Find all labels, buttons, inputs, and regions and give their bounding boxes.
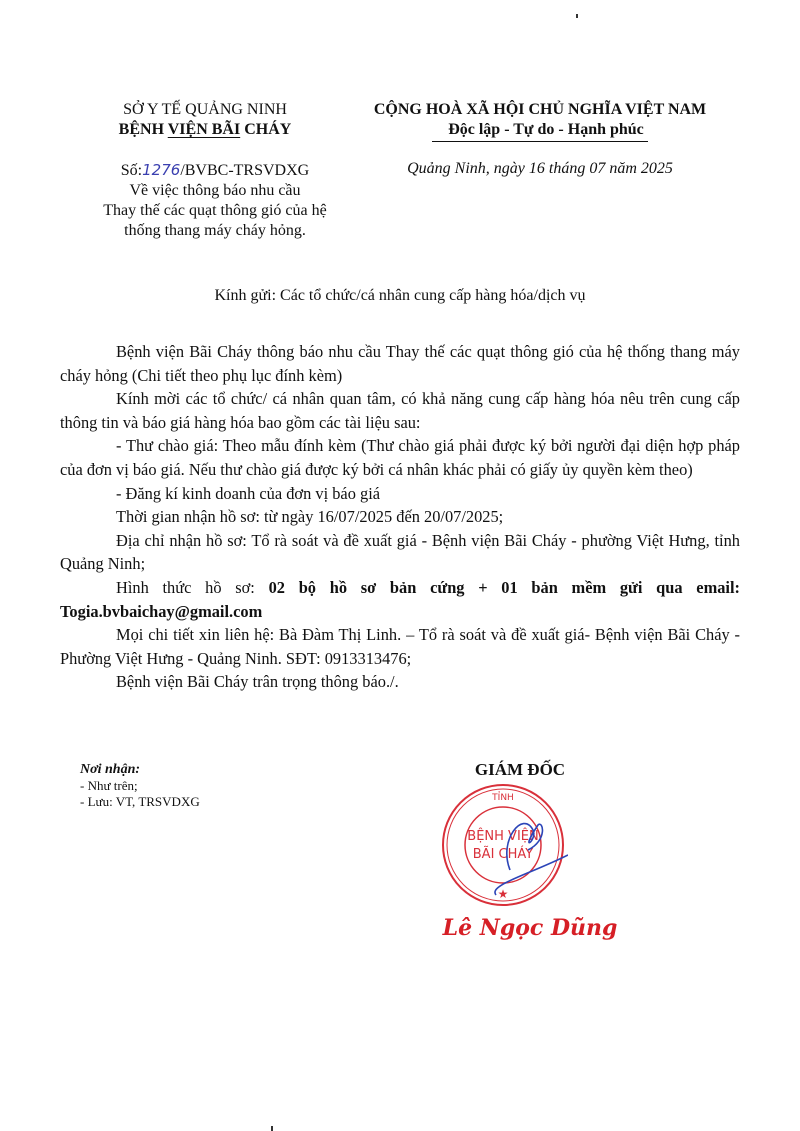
scan-speck	[576, 14, 578, 18]
subject-line: Về việc thông báo nhu cầu	[70, 181, 360, 201]
format-label: Hình thức hồ sơ:	[116, 578, 269, 597]
paragraph-notice: Bệnh viện Bãi Cháy thông báo nhu cầu Tha…	[60, 340, 740, 387]
document-body: Bệnh viện Bãi Cháy thông báo nhu cầu Tha…	[60, 340, 740, 694]
subject-line: Thay thế các quạt thông gió của hệ	[70, 201, 360, 221]
nation-title: CỘNG HOÀ XÃ HỘI CHỦ NGHĨA VIỆT NAM	[340, 100, 740, 120]
hospital-name: BỆNH VIỆN BÃI CHÁY	[80, 120, 330, 140]
reference-prefix: Số:	[121, 162, 142, 179]
paragraph-contact: Mọi chi tiết xin liên hệ: Bà Đàm Thị Lin…	[60, 623, 740, 670]
handwritten-number: 1276	[142, 161, 180, 179]
stamp-line-1: BỆNH VIỆN	[467, 828, 538, 844]
hospital-name-part: BỆNH	[119, 121, 168, 138]
official-stamp: TỈNH BỆNH VIỆN BÃI CHÁY ★	[438, 780, 568, 910]
svg-text:★: ★	[498, 887, 509, 901]
reference-code: /BVBC-TRSVDXG	[180, 162, 309, 179]
signer-name: Lê Ngọc Dũng	[440, 915, 620, 941]
national-header: CỘNG HOÀ XÃ HỘI CHỦ NGHĨA VIỆT NAM Độc l…	[340, 100, 740, 142]
paragraph-business-registration: - Đăng kí kinh doanh của đơn vị báo giá	[60, 482, 740, 506]
document-reference: Số:1276/BVBC-TRSVDXG Về việc thông báo n…	[70, 160, 360, 241]
paragraph-closing: Bệnh viện Bãi Cháy trân trọng thông báo.…	[60, 670, 740, 694]
paragraph-submission-format: Hình thức hồ sơ: 02 bộ hồ sơ bản cứng + …	[60, 576, 740, 623]
issuing-agency-header: SỞ Y TẾ QUẢNG NINH BỆNH VIỆN BÃI CHÁY	[80, 100, 330, 140]
signature-title: GIÁM ĐỐC	[440, 760, 600, 780]
hospital-name-underlined: VIỆN BÃI	[168, 121, 240, 138]
stamp-line-2: BÃI CHÁY	[473, 846, 534, 862]
subject-line: thống thang máy cháy hỏng.	[70, 221, 360, 241]
recipient-item: - Lưu: VT, TRSVDXG	[80, 794, 200, 810]
reference-number: Số:1276/BVBC-TRSVDXG	[70, 160, 360, 181]
stamp-seal-icon: TỈNH BỆNH VIỆN BÃI CHÁY ★	[438, 780, 568, 910]
recipients-block: Nơi nhận: - Như trên; - Lưu: VT, TRSVDXG	[80, 762, 200, 810]
scan-speck	[271, 1126, 273, 1131]
hospital-name-part: CHÁY	[240, 121, 291, 138]
stamp-top-text: TỈNH	[491, 791, 514, 803]
paragraph-invitation: Kính mời các tổ chức/ cá nhân quan tâm, …	[60, 387, 740, 434]
paragraph-quote-letter: - Thư chào giá: Theo mẫu đính kèm (Thư c…	[60, 434, 740, 481]
greeting: Kính gửi: Các tổ chức/cá nhân cung cấp h…	[60, 287, 740, 305]
recipients-title: Nơi nhận:	[80, 762, 200, 778]
recipient-item: - Như trên;	[80, 778, 200, 794]
date-line: Quảng Ninh, ngày 16 tháng 07 năm 2025	[340, 160, 740, 178]
paragraph-submission-period: Thời gian nhận hồ sơ: từ ngày 16/07/2025…	[60, 505, 740, 529]
department-name: SỞ Y TẾ QUẢNG NINH	[80, 100, 330, 120]
national-motto: Độc lập - Tự do - Hạnh phúc	[432, 120, 648, 142]
paragraph-submission-address: Địa chỉ nhận hồ sơ: Tổ rà soát và đề xuấ…	[60, 529, 740, 576]
